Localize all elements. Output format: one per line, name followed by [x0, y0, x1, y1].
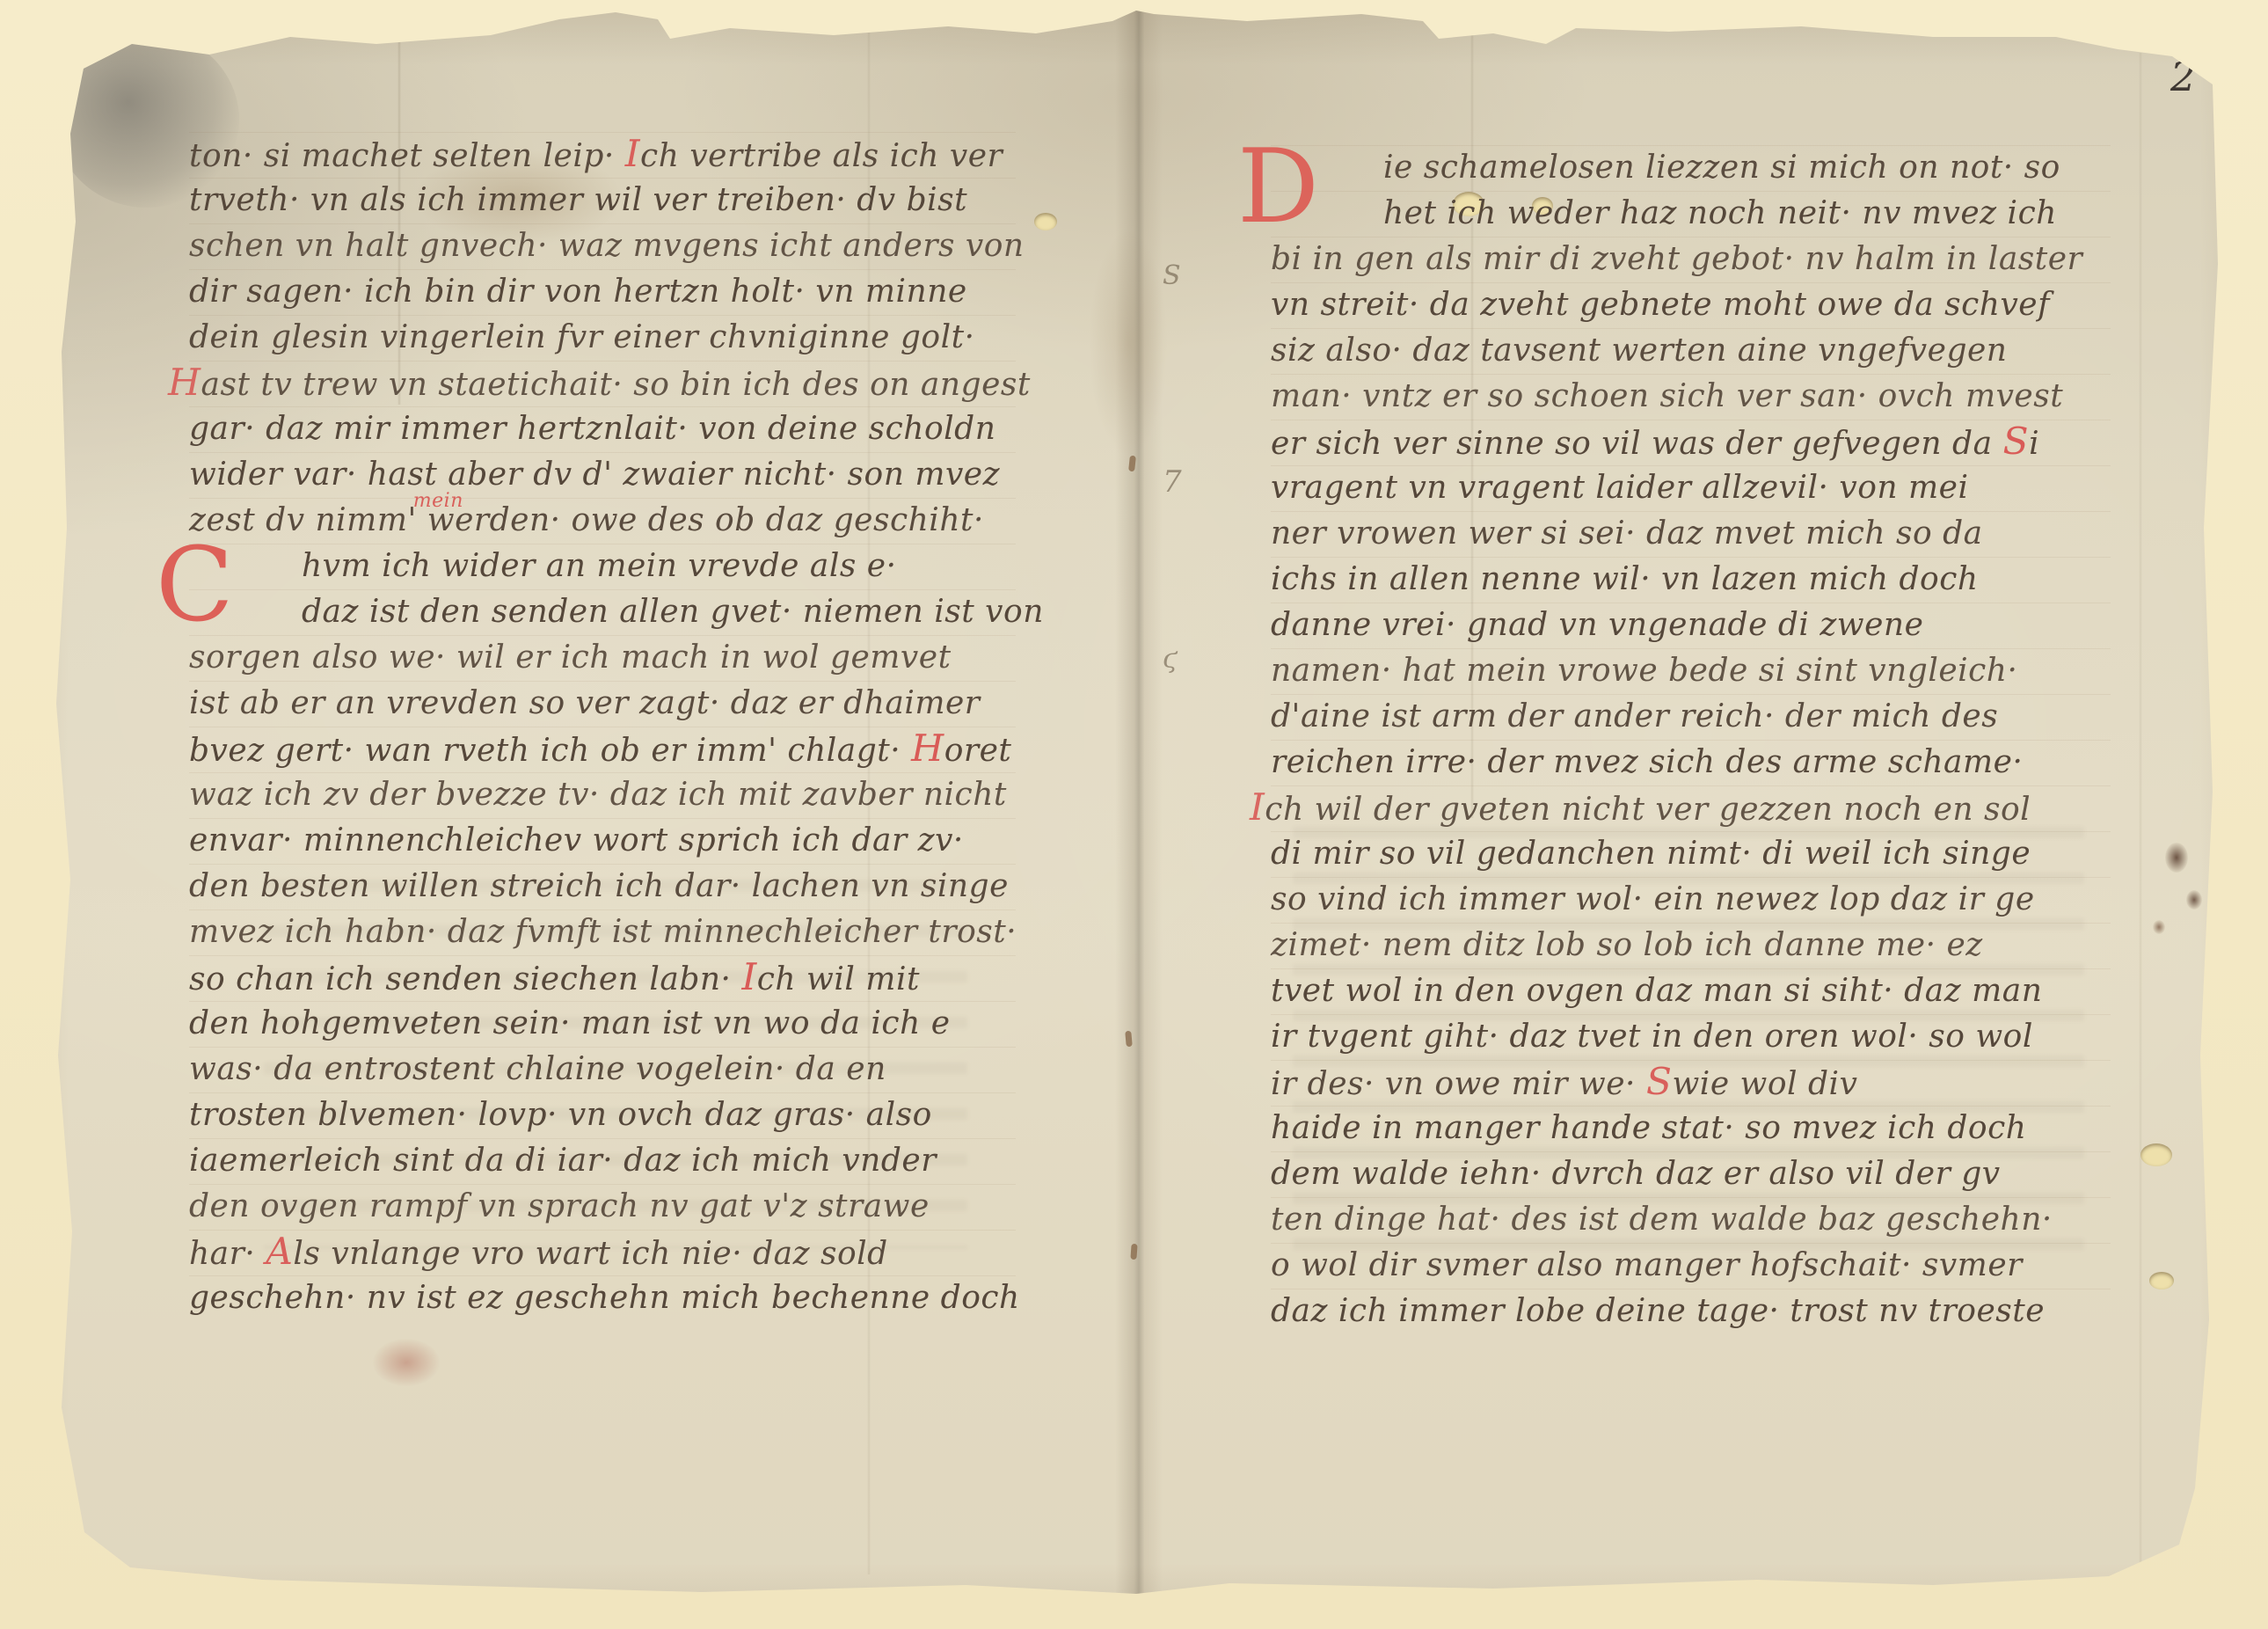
- text-line: di mir so vil gedanchen nimt· di weil ic…: [1271, 831, 2111, 877]
- text-line: daz ist den senden allen gvet· niemen is…: [189, 589, 1016, 635]
- parchment-hole: [1034, 213, 1057, 230]
- text-line: ton· si machet selten leip· Ich vertribe…: [189, 132, 1016, 178]
- text-line: bi in gen als mir di zveht gebot· nv hal…: [1271, 237, 2111, 282]
- rubric-initial: S: [2002, 420, 2029, 464]
- text-line: wider var· hast aber dv d' zwaier nicht·…: [189, 452, 1016, 498]
- text-line: het ich weder haz noch neit· nv mvez ich: [1271, 191, 2111, 237]
- parchment-hole: [2140, 1143, 2172, 1166]
- rubric-initial: I: [741, 956, 756, 999]
- text-line: schen vn halt gnvech· waz mvgens icht an…: [189, 223, 1016, 269]
- rubric-initial: A: [266, 1231, 293, 1274]
- text-line: den besten willen streich ich dar· lache…: [189, 864, 1016, 909]
- text-line: reichen irre· der mvez sich des arme sch…: [1271, 740, 2111, 785]
- text-line: tvet wol in den ovgen daz man si siht· d…: [1271, 968, 2111, 1014]
- text-line: ner vrowen wer si sei· daz mvet mich so …: [1271, 511, 2111, 557]
- text-line: zest dv nimm' meinwerden· owe des ob daz…: [189, 498, 1016, 544]
- center-fold: [1115, 0, 1163, 1629]
- text-line: er sich ver sinne so vil was der gefvege…: [1271, 420, 2111, 465]
- text-line: haide in manger hande stat· so mvez ich …: [1271, 1106, 2111, 1151]
- text-line: trveth· vn als ich immer wil ver treiben…: [189, 178, 1016, 223]
- text-line: vn streit· da zveht gebnete moht owe da …: [1271, 282, 2111, 328]
- text-line: geschehn· nv ist ez geschehn mich bechen…: [189, 1275, 1016, 1321]
- rubric-initial: H: [911, 727, 944, 771]
- text-line: ir des· vn owe mir we· Swie wol div: [1271, 1060, 2111, 1106]
- text-line: gar· daz mir immer hertznlait· von deine…: [189, 406, 1016, 452]
- parchment-spread: ton· si machet selten leip· Ich vertribe…: [0, 0, 2268, 1629]
- right-page-column: Die schamelosen liezzen si mich on not· …: [1271, 145, 2111, 1334]
- text-line: dir sagen· ich bin dir von hertzn holt· …: [189, 269, 1016, 315]
- text-line: danne vrei· gnad vn vngenade di zwene: [1271, 603, 2111, 648]
- text-line: namen· hat mein vrowe bede si sint vngle…: [1271, 648, 2111, 694]
- manuscript-photo: ton· si machet selten leip· Ich vertribe…: [0, 0, 2268, 1629]
- rubric-initial: I: [625, 133, 640, 176]
- gutter-mark: 7: [1163, 464, 1182, 500]
- text-line: zimet· nem ditz lob so lob ich danne me·…: [1271, 923, 2111, 968]
- rubric-initial: I: [1250, 786, 1265, 829]
- text-line: d'aine ist arm der ander reich· der mich…: [1271, 694, 2111, 740]
- text-line: Die schamelosen liezzen si mich on not· …: [1271, 145, 2111, 191]
- text-line: ichs in allen nenne wil· vn lazen mich d…: [1271, 557, 2111, 603]
- text-line: man· vntz er so schoen sich ver san· ovc…: [1271, 374, 2111, 420]
- text-line: so chan ich senden siechen labn· Ich wil…: [189, 955, 1016, 1001]
- text-line: Chvm ich wider an mein vrevde als e·: [189, 544, 1016, 589]
- text-line: envar· minnenchleichev wort sprich ich d…: [189, 818, 1016, 864]
- text-line: dem walde iehn· dvrch daz er also vil de…: [1271, 1151, 2111, 1197]
- text-line: har· Als vnlange vro wart ich nie· daz s…: [189, 1230, 1016, 1275]
- text-line: was· da entrostent chlaine vogelein· da …: [189, 1047, 1016, 1092]
- text-line: ten dinge hat· des ist dem walde baz ges…: [1271, 1197, 2111, 1243]
- text-line: o wol dir svmer also manger hofschait· s…: [1271, 1243, 2111, 1289]
- text-line: ir tvgent giht· daz tvet in den oren wol…: [1271, 1014, 2111, 1060]
- rubric-initial: S: [1646, 1061, 1673, 1104]
- text-line: waz ich zv der bvezze tv· daz ich mit za…: [189, 772, 1016, 818]
- text-line: iaemerleich sint da di iar· daz ich mich…: [189, 1138, 1016, 1184]
- text-line: so vind ich immer wol· ein newez lop daz…: [1271, 877, 2111, 923]
- text-line: trosten blvemen· lovp· vn ovch daz gras·…: [189, 1092, 1016, 1138]
- text-line: bvez gert· wan rveth ich ob er imm' chla…: [189, 727, 1016, 772]
- text-line: mvez ich habn· daz fvmft ist minnechleic…: [189, 909, 1016, 955]
- rubric-initial: H: [168, 362, 201, 405]
- text-line: sorgen also we· wil er ich mach in wol g…: [189, 635, 1016, 681]
- gutter-mark: ϛ: [1163, 644, 1178, 675]
- crease: [2139, 53, 2142, 1566]
- text-line: Hast tv trew vn staetichait· so bin ich …: [168, 361, 1016, 406]
- fold-stitch: [1130, 1244, 1137, 1260]
- gutter-marks: S7ϛ: [1163, 0, 1198, 1629]
- text-line: den hohgemveten sein· man ist vn wo da i…: [189, 1001, 1016, 1047]
- text-line: Ich wil der gveten nicht ver gezzen noch…: [1250, 785, 2111, 831]
- text-line: ist ab er an vrevden so ver zagt· daz er…: [189, 681, 1016, 727]
- text-line: dein glesin vingerlein fvr einer chvnigi…: [189, 315, 1016, 361]
- parchment-hole: [2149, 1272, 2174, 1289]
- left-page-column: ton· si machet selten leip· Ich vertribe…: [189, 132, 1016, 1321]
- folio-number: 2: [2170, 53, 2196, 100]
- text-line: daz ich immer lobe deine tage· trost nv …: [1271, 1289, 2111, 1334]
- fold-stitch: [1125, 1031, 1133, 1048]
- text-line: siz also· daz tavsent werten aine vngefv…: [1271, 328, 2111, 374]
- text-line: den ovgen rampf vn sprach nv gat v'z str…: [189, 1184, 1016, 1230]
- gutter-mark: S: [1163, 260, 1181, 291]
- text-line: vragent vn vragent laider allzevil· von …: [1271, 465, 2111, 511]
